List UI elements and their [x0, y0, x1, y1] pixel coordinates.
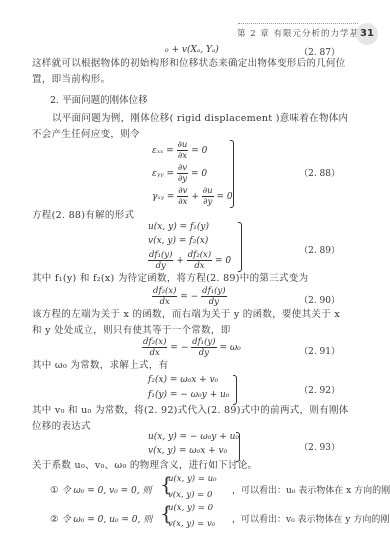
paragraph: 关于系数 u₀、v₀、ω₀ 的物理含义，进行如下讨论。 — [32, 458, 352, 474]
eq-rhs: = 0 — [215, 256, 231, 266]
eq-rhs: = 0 — [191, 146, 207, 156]
paragraph: 其中 f₁(y) 和 f₂(x) 为待定函数，将方程(2. 89)中的第三式变为 — [32, 271, 352, 287]
eq-line: v(x, y) = f₂(x) — [148, 236, 208, 246]
case-marker: ② — [50, 514, 59, 525]
numerator: df₂(x) — [142, 337, 167, 348]
numerator: df₂(x) — [187, 250, 212, 261]
right-brace — [230, 140, 234, 208]
numerator: df₁(y) — [201, 286, 226, 297]
paragraph: 其中 v₀ 和 u₀ 为常数，将(2. 92)式代入(2. 89)式中的前两式，… — [32, 403, 352, 435]
case-condition: 令 ω₀ = 0, v₀ = 0, 则 — [62, 486, 152, 496]
equation-number: （2. 92） — [299, 383, 340, 396]
paragraph: 以平面问题为例，刚体位移( rigid displacement )意味着在物体… — [32, 111, 352, 143]
numerator: df₂(x) — [152, 286, 177, 297]
eq-line: u(x, y) = f₁(y) — [148, 222, 209, 232]
case-line: u(x, y) = 0 — [168, 503, 213, 513]
eq-line: f₂(x) = ω₀x + v₀ — [148, 375, 218, 385]
numerator: ∂u — [177, 140, 189, 151]
numerator: df₁(y) — [148, 250, 173, 261]
operator: + — [191, 192, 199, 202]
operator: + — [176, 256, 184, 266]
eq-lhs: εₓₓ = — [152, 146, 174, 156]
equation-number: （2. 91） — [299, 344, 340, 357]
case-marker: ① — [50, 485, 59, 496]
paragraph: 该方程的左端为关于 x 的函数，而右端为关于 y 的函数，要使其关于 x 和 y… — [32, 307, 352, 339]
section-heading: 2. 平面问题的刚体位移 — [50, 92, 148, 106]
case-condition: 令 ω₀ = 0, u₀ = 0, 则 — [62, 515, 153, 525]
denominator: dy — [148, 261, 173, 271]
eq-line: f₁(y) = − ω₀y + u₀ — [148, 390, 229, 400]
operator: = − — [170, 343, 188, 353]
denominator: dx — [152, 297, 177, 307]
paragraph: 这样就可以根据物体的初始构形和位移状态来确定出物体变形后的几何位置，即当前构形。 — [32, 56, 352, 88]
case-explanation: ，可以看出：u₀ 表示物体在 x 方向的刚体平移。 — [232, 483, 390, 496]
denominator: dy — [191, 348, 216, 358]
eq-line: v(x, y) = ω₀x + v₀ — [148, 446, 227, 456]
case-item: ② 令 ω₀ = 0, u₀ = 0, 则 — [50, 512, 152, 525]
eq-lhs: εᵧᵧ = — [152, 169, 174, 179]
equation-number: （2. 89） — [299, 243, 340, 256]
case-explanation: ，可以看出：v₀ 表示物体在 y 方向的刚体平移。 — [232, 512, 390, 525]
numerator: df₁(y) — [191, 337, 216, 348]
case-line: u(x, y) = u₀ — [168, 474, 217, 484]
numerator: ∂v — [177, 186, 188, 197]
numerator: ∂u — [202, 186, 214, 197]
numerator: ∂v — [177, 163, 188, 174]
denominator: ∂x — [177, 197, 188, 207]
denominator: dx — [142, 348, 167, 358]
equation-2-87: ₀ + v(Xₐ, Yₐ) — [165, 45, 219, 55]
equation-2-91: df₂(x)dx = − df₁(y)dy = ω₀ — [142, 337, 241, 358]
eq-rhs: = 0 — [191, 169, 207, 179]
equation-2-90: df₂(x)dx = − df₁(y)dy — [152, 286, 227, 307]
denominator: dy — [201, 297, 226, 307]
equation-number: （2. 93） — [299, 440, 340, 453]
page-number: 31 — [356, 23, 378, 45]
case-line: v(x, y) = v₀ — [168, 519, 215, 529]
right-brace — [238, 222, 242, 272]
eq-rhs: = ω₀ — [219, 343, 240, 353]
right-brace — [233, 375, 237, 405]
paragraph: 其中 ω₀ 为常数，求解上式，有 — [32, 358, 352, 374]
denominator: ∂x — [177, 151, 189, 161]
header-rule — [238, 23, 358, 24]
eq-lhs: γₓᵧ = — [152, 192, 174, 202]
operator: = − — [180, 292, 198, 302]
case-line: v(x, y) = 0 — [168, 490, 212, 500]
eq-line: u(x, y) = − ω₀y + u₀ — [148, 432, 239, 442]
running-header: 第 2 章 有限元分析的力学基础 — [237, 27, 369, 39]
denominator: ∂y — [202, 197, 214, 207]
denominator: dx — [187, 261, 212, 271]
equation-number: （2. 90） — [299, 293, 340, 306]
equation-number: （2. 88） — [299, 166, 340, 179]
denominator: ∂y — [177, 174, 188, 184]
case-item: ① 令 ω₀ = 0, v₀ = 0, 则 — [50, 483, 151, 496]
